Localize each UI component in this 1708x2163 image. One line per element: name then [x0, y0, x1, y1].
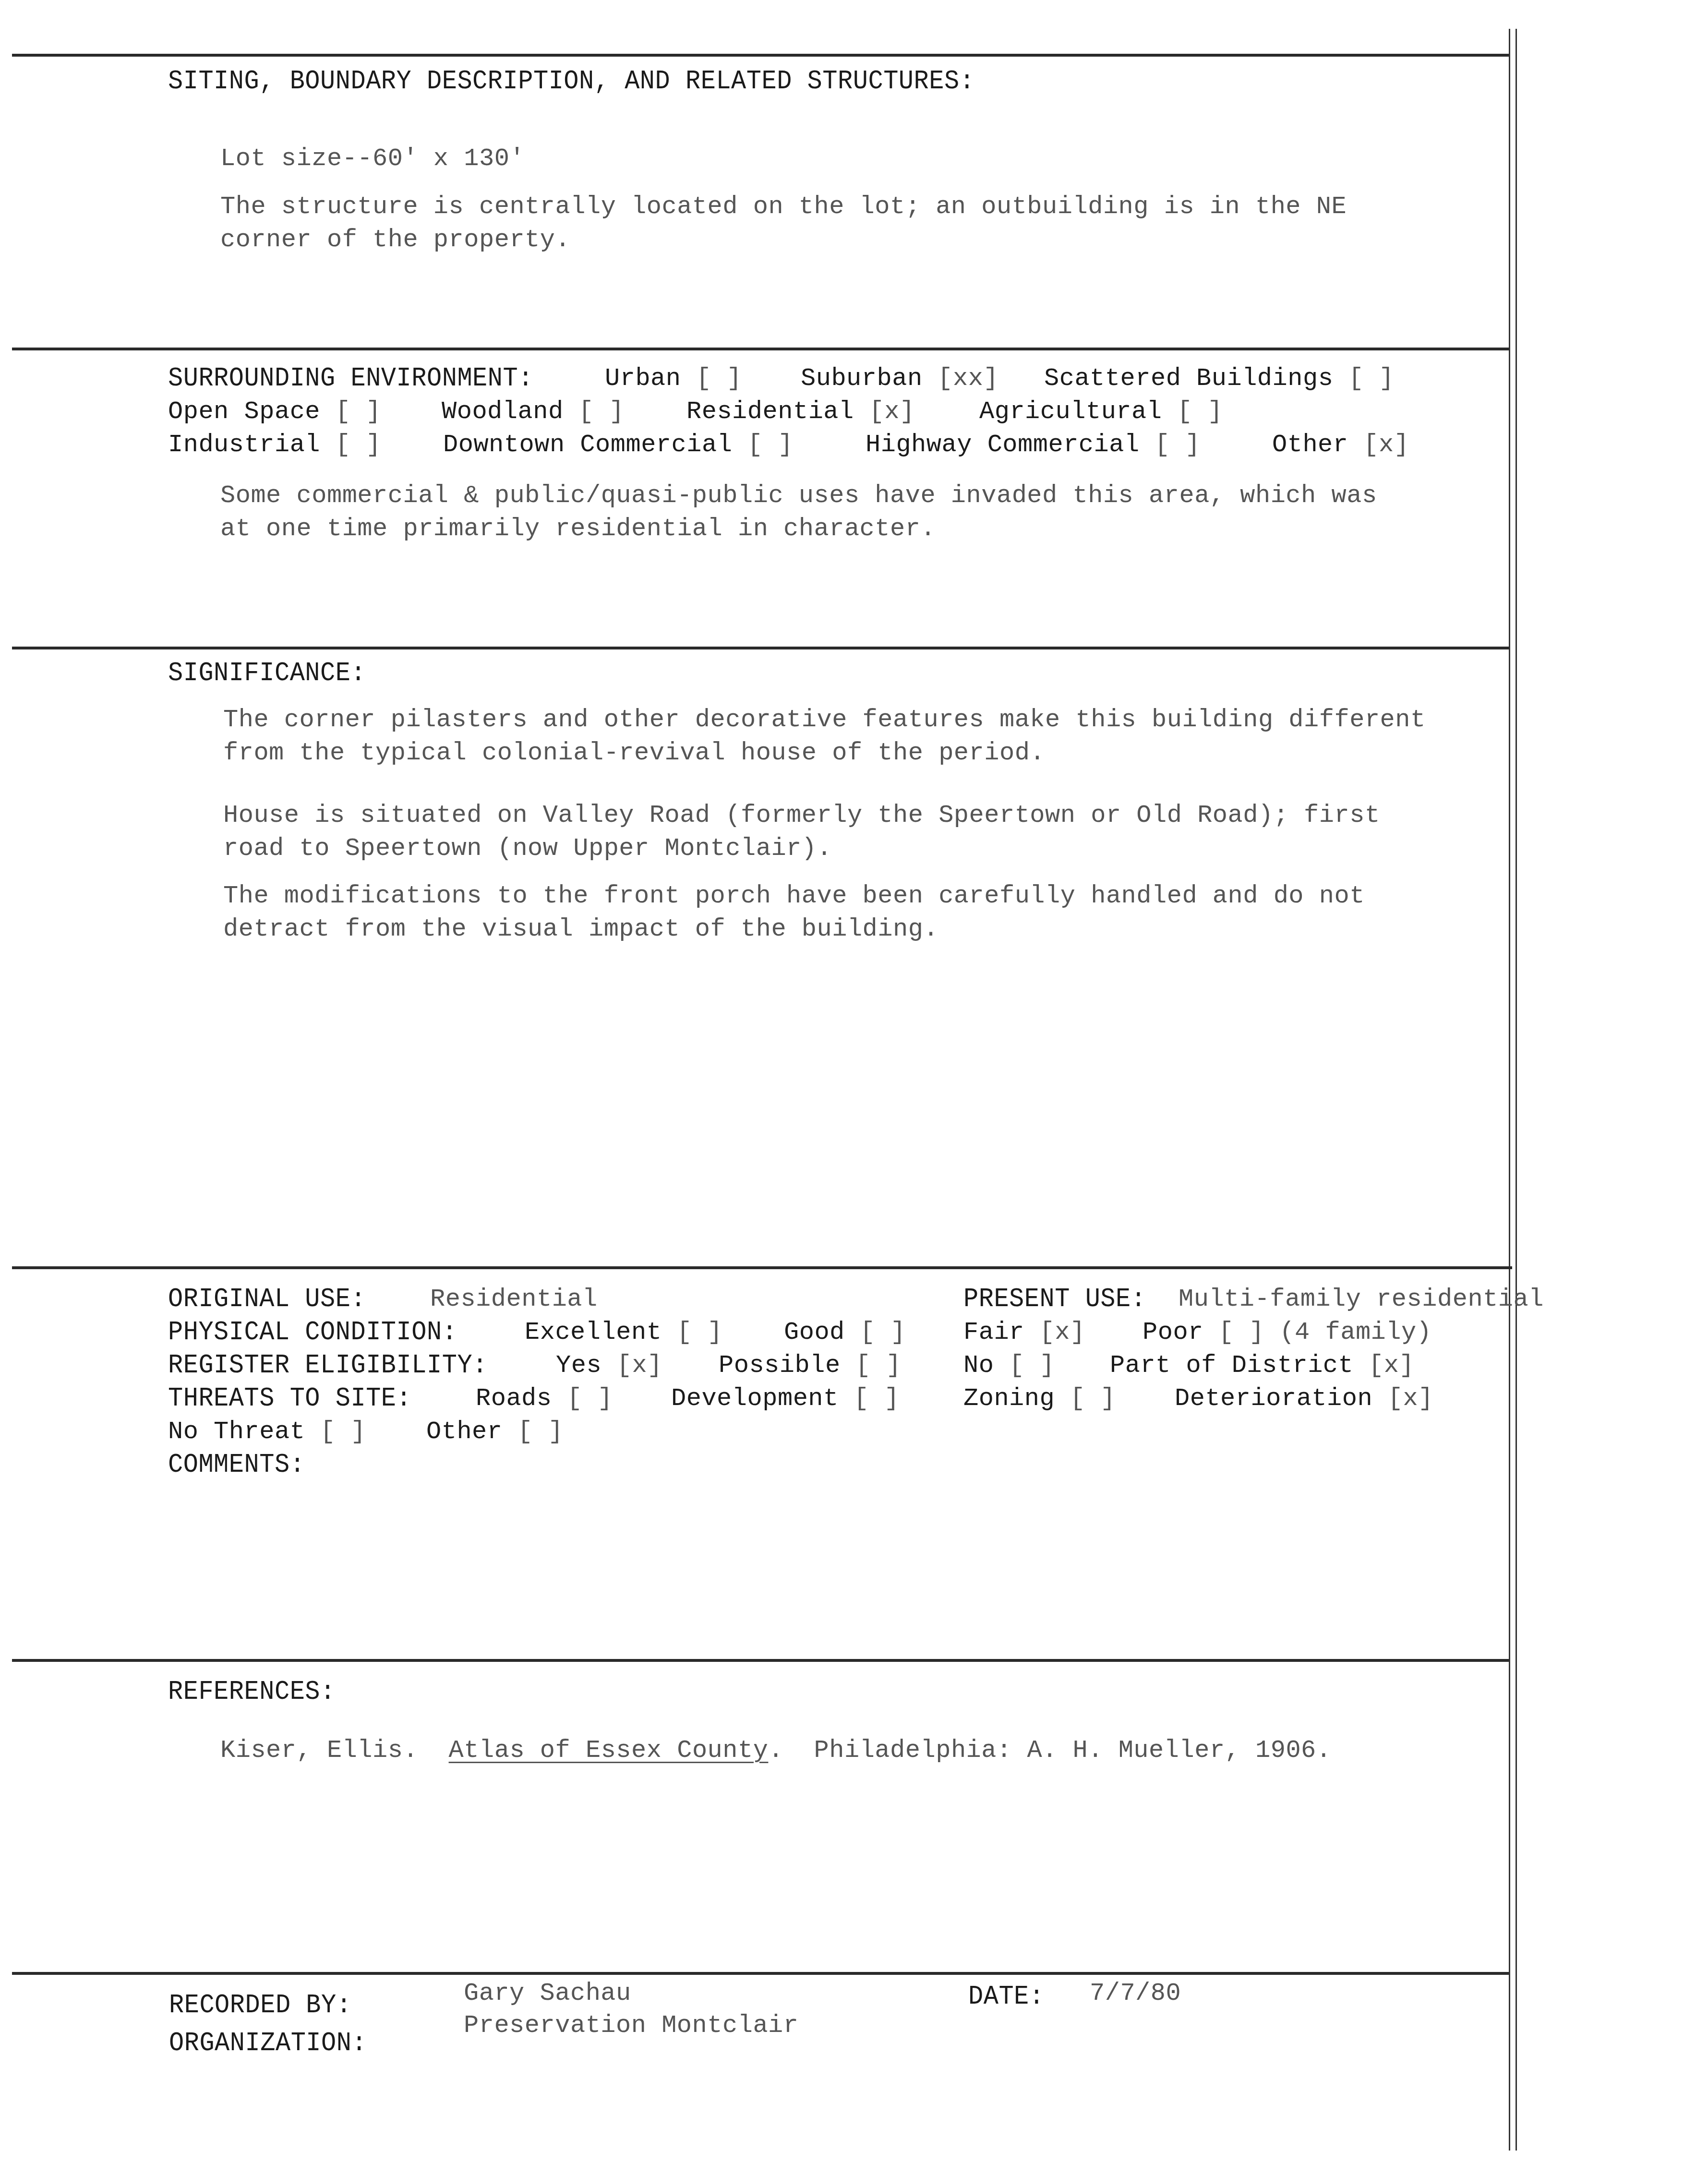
- checkbox-mark: [ ]: [1070, 1384, 1116, 1413]
- option-label: No Threat: [168, 1418, 305, 1446]
- option-label: Scattered Buildings: [1044, 364, 1333, 393]
- option-label: Excellent: [525, 1318, 662, 1346]
- environment-comment-line: at one time primarily residential in cha…: [220, 512, 936, 545]
- checkbox-mark: [ ]: [860, 1318, 906, 1346]
- checkbox-mark: [x]: [1040, 1318, 1085, 1346]
- checkbox-mark: [ ]: [517, 1418, 563, 1446]
- option-label: Deterioration: [1175, 1384, 1372, 1413]
- references-heading: REFERENCES:: [168, 1674, 336, 1709]
- siting-heading: SITING, BOUNDARY DESCRIPTION, AND RELATE…: [168, 64, 974, 98]
- threat-other[interactable]: Other [ ]: [426, 1415, 563, 1448]
- option-industrial[interactable]: Industrial [ ]: [168, 428, 381, 461]
- option-label: Highway Commercial: [866, 431, 1140, 459]
- condition-label: PHYSICAL CONDITION:: [168, 1315, 457, 1349]
- option-label: Fair: [963, 1318, 1024, 1346]
- present-use-value: Multi-family residential: [1179, 1283, 1544, 1316]
- checkbox-mark: [x]: [617, 1351, 662, 1380]
- option-label: Zoning: [963, 1384, 1055, 1413]
- right-border-outer: [1509, 29, 1510, 2151]
- checkbox-mark: [x]: [1388, 1384, 1433, 1413]
- significance-heading: SIGNIFICANCE:: [168, 656, 366, 690]
- organization-label: ORGANIZATION:: [169, 2026, 367, 2060]
- checkbox-mark: [ ]: [854, 1384, 899, 1413]
- option-label: Woodland: [442, 397, 564, 426]
- recorded-by-value: Gary Sachau: [464, 1977, 631, 2010]
- option-label: Residential: [686, 397, 854, 426]
- reference-title: Atlas of Essex County: [449, 1736, 769, 1765]
- checkbox-mark: [ ]: [1177, 397, 1223, 426]
- threat-deterioration[interactable]: Deterioration [x]: [1175, 1382, 1433, 1415]
- threats-label: THREATS TO SITE:: [168, 1381, 411, 1416]
- checkbox-mark: [ ]: [336, 431, 381, 459]
- option-label: Yes: [556, 1351, 601, 1380]
- option-urban[interactable]: Urban [ ]: [605, 362, 742, 395]
- eligibility-possible[interactable]: Possible [ ]: [719, 1349, 901, 1382]
- checkbox-mark: [x]: [1369, 1351, 1414, 1380]
- threat-roads[interactable]: Roads [ ]: [476, 1382, 613, 1415]
- present-use-label: PRESENT USE:: [963, 1282, 1146, 1316]
- option-other[interactable]: Other [x]: [1272, 428, 1409, 461]
- checkbox-mark: [ ]: [696, 364, 742, 393]
- significance-line: from the typical colonial-revival house …: [223, 736, 1045, 769]
- original-use-value: Residential: [430, 1283, 598, 1316]
- checkbox-mark: [ ]: [747, 431, 793, 459]
- eligibility-part-of-district[interactable]: Part of District [x]: [1110, 1349, 1414, 1382]
- section-divider: [12, 54, 1509, 57]
- option-label: Good: [784, 1318, 845, 1346]
- organization-value: Preservation Montclair: [464, 2009, 799, 2042]
- section-divider: [12, 1659, 1509, 1662]
- condition-excellent[interactable]: Excellent [ ]: [525, 1316, 722, 1349]
- checkbox-mark: [ ]: [1348, 364, 1394, 393]
- section-divider: [12, 647, 1509, 649]
- option-highway-commercial[interactable]: Highway Commercial [ ]: [866, 428, 1201, 461]
- option-label: Part of District: [1110, 1351, 1353, 1380]
- eligibility-yes[interactable]: Yes [x]: [556, 1349, 662, 1382]
- date-value: 7/7/80: [1090, 1977, 1181, 2010]
- option-label: Roads: [476, 1384, 552, 1413]
- checkbox-mark: [x]: [869, 397, 914, 426]
- option-label: Industrial: [168, 431, 320, 459]
- option-label: Development: [671, 1384, 839, 1413]
- significance-line: House is situated on Valley Road (former…: [223, 799, 1380, 832]
- checkbox-mark: [ ]: [855, 1351, 901, 1380]
- option-label: Urban: [605, 364, 681, 393]
- option-label: Possible: [719, 1351, 841, 1380]
- reference-title-period: .: [768, 1736, 783, 1765]
- section-divider: [12, 348, 1509, 350]
- checkbox-mark: [ ]: [1009, 1351, 1055, 1380]
- lot-size: Lot size--60' x 130': [220, 142, 525, 175]
- siting-description-line: corner of the property.: [220, 223, 570, 256]
- condition-note: (4 family): [1279, 1318, 1431, 1346]
- significance-line: The corner pilasters and other decorativ…: [223, 703, 1426, 736]
- option-label: Open Space: [168, 397, 320, 426]
- reference-entry: Kiser, Ellis. Atlas of Essex County. Phi…: [220, 1734, 1332, 1767]
- siting-description-line: The structure is centrally located on th…: [220, 190, 1347, 223]
- option-label: Poor: [1143, 1318, 1203, 1346]
- eligibility-label: REGISTER ELIGIBILITY:: [168, 1348, 488, 1382]
- checkbox-mark: [ ]: [578, 397, 624, 426]
- environment-heading: SURROUNDING ENVIRONMENT:: [168, 361, 533, 396]
- checkbox-mark: [ ]: [567, 1384, 613, 1413]
- right-border-inner: [1516, 29, 1517, 2151]
- date-label: DATE:: [968, 1979, 1045, 2014]
- checkbox-mark: [ ]: [336, 397, 381, 426]
- option-open-space[interactable]: Open Space [ ]: [168, 395, 381, 428]
- threat-no-threat[interactable]: No Threat [ ]: [168, 1415, 366, 1448]
- checkbox-mark: [ ]: [320, 1418, 366, 1446]
- option-suburban[interactable]: Suburban [xx]: [801, 362, 998, 395]
- condition-poor[interactable]: Poor [ ] (4 family): [1143, 1316, 1431, 1349]
- eligibility-no[interactable]: No [ ]: [963, 1349, 1055, 1382]
- option-downtown-commercial[interactable]: Downtown Commercial [ ]: [443, 428, 793, 461]
- condition-fair[interactable]: Fair [x]: [963, 1316, 1085, 1349]
- option-label: No: [963, 1351, 994, 1380]
- environment-comment-line: Some commercial & public/quasi-public us…: [220, 479, 1377, 512]
- threat-development[interactable]: Development [ ]: [671, 1382, 900, 1415]
- checkbox-mark: [ ]: [1219, 1318, 1264, 1346]
- comments-label: COMMENTS:: [168, 1447, 305, 1482]
- option-label: Suburban: [801, 364, 923, 393]
- option-woodland[interactable]: Woodland [ ]: [442, 395, 624, 428]
- condition-good[interactable]: Good [ ]: [784, 1316, 906, 1349]
- option-label: Other: [426, 1418, 503, 1446]
- checkbox-mark: [x]: [1363, 431, 1409, 459]
- option-scattered-buildings[interactable]: Scattered Buildings [ ]: [1044, 362, 1394, 395]
- reference-publisher: Philadelphia: A. H. Mueller, 1906.: [814, 1736, 1332, 1765]
- significance-line: The modifications to the front porch hav…: [223, 879, 1365, 913]
- reference-author: Kiser, Ellis.: [220, 1736, 418, 1765]
- option-residential[interactable]: Residential [x]: [686, 395, 915, 428]
- original-use-label: ORIGINAL USE:: [168, 1282, 366, 1316]
- checkbox-mark: [xx]: [938, 364, 998, 393]
- significance-line: detract from the visual impact of the bu…: [223, 913, 938, 946]
- option-label: Downtown Commercial: [443, 431, 732, 459]
- section-divider: [12, 1972, 1509, 1975]
- section-divider: [12, 1266, 1512, 1269]
- option-agricultural[interactable]: Agricultural [ ]: [979, 395, 1223, 428]
- checkbox-mark: [ ]: [677, 1318, 722, 1346]
- recorded-by-label: RECORDED BY:: [169, 1988, 351, 2022]
- option-label: Agricultural: [979, 397, 1162, 426]
- checkbox-mark: [ ]: [1155, 431, 1200, 459]
- threat-zoning[interactable]: Zoning [ ]: [963, 1382, 1116, 1415]
- option-label: Other: [1272, 431, 1348, 459]
- significance-line: road to Speertown (now Upper Montclair).: [223, 832, 832, 865]
